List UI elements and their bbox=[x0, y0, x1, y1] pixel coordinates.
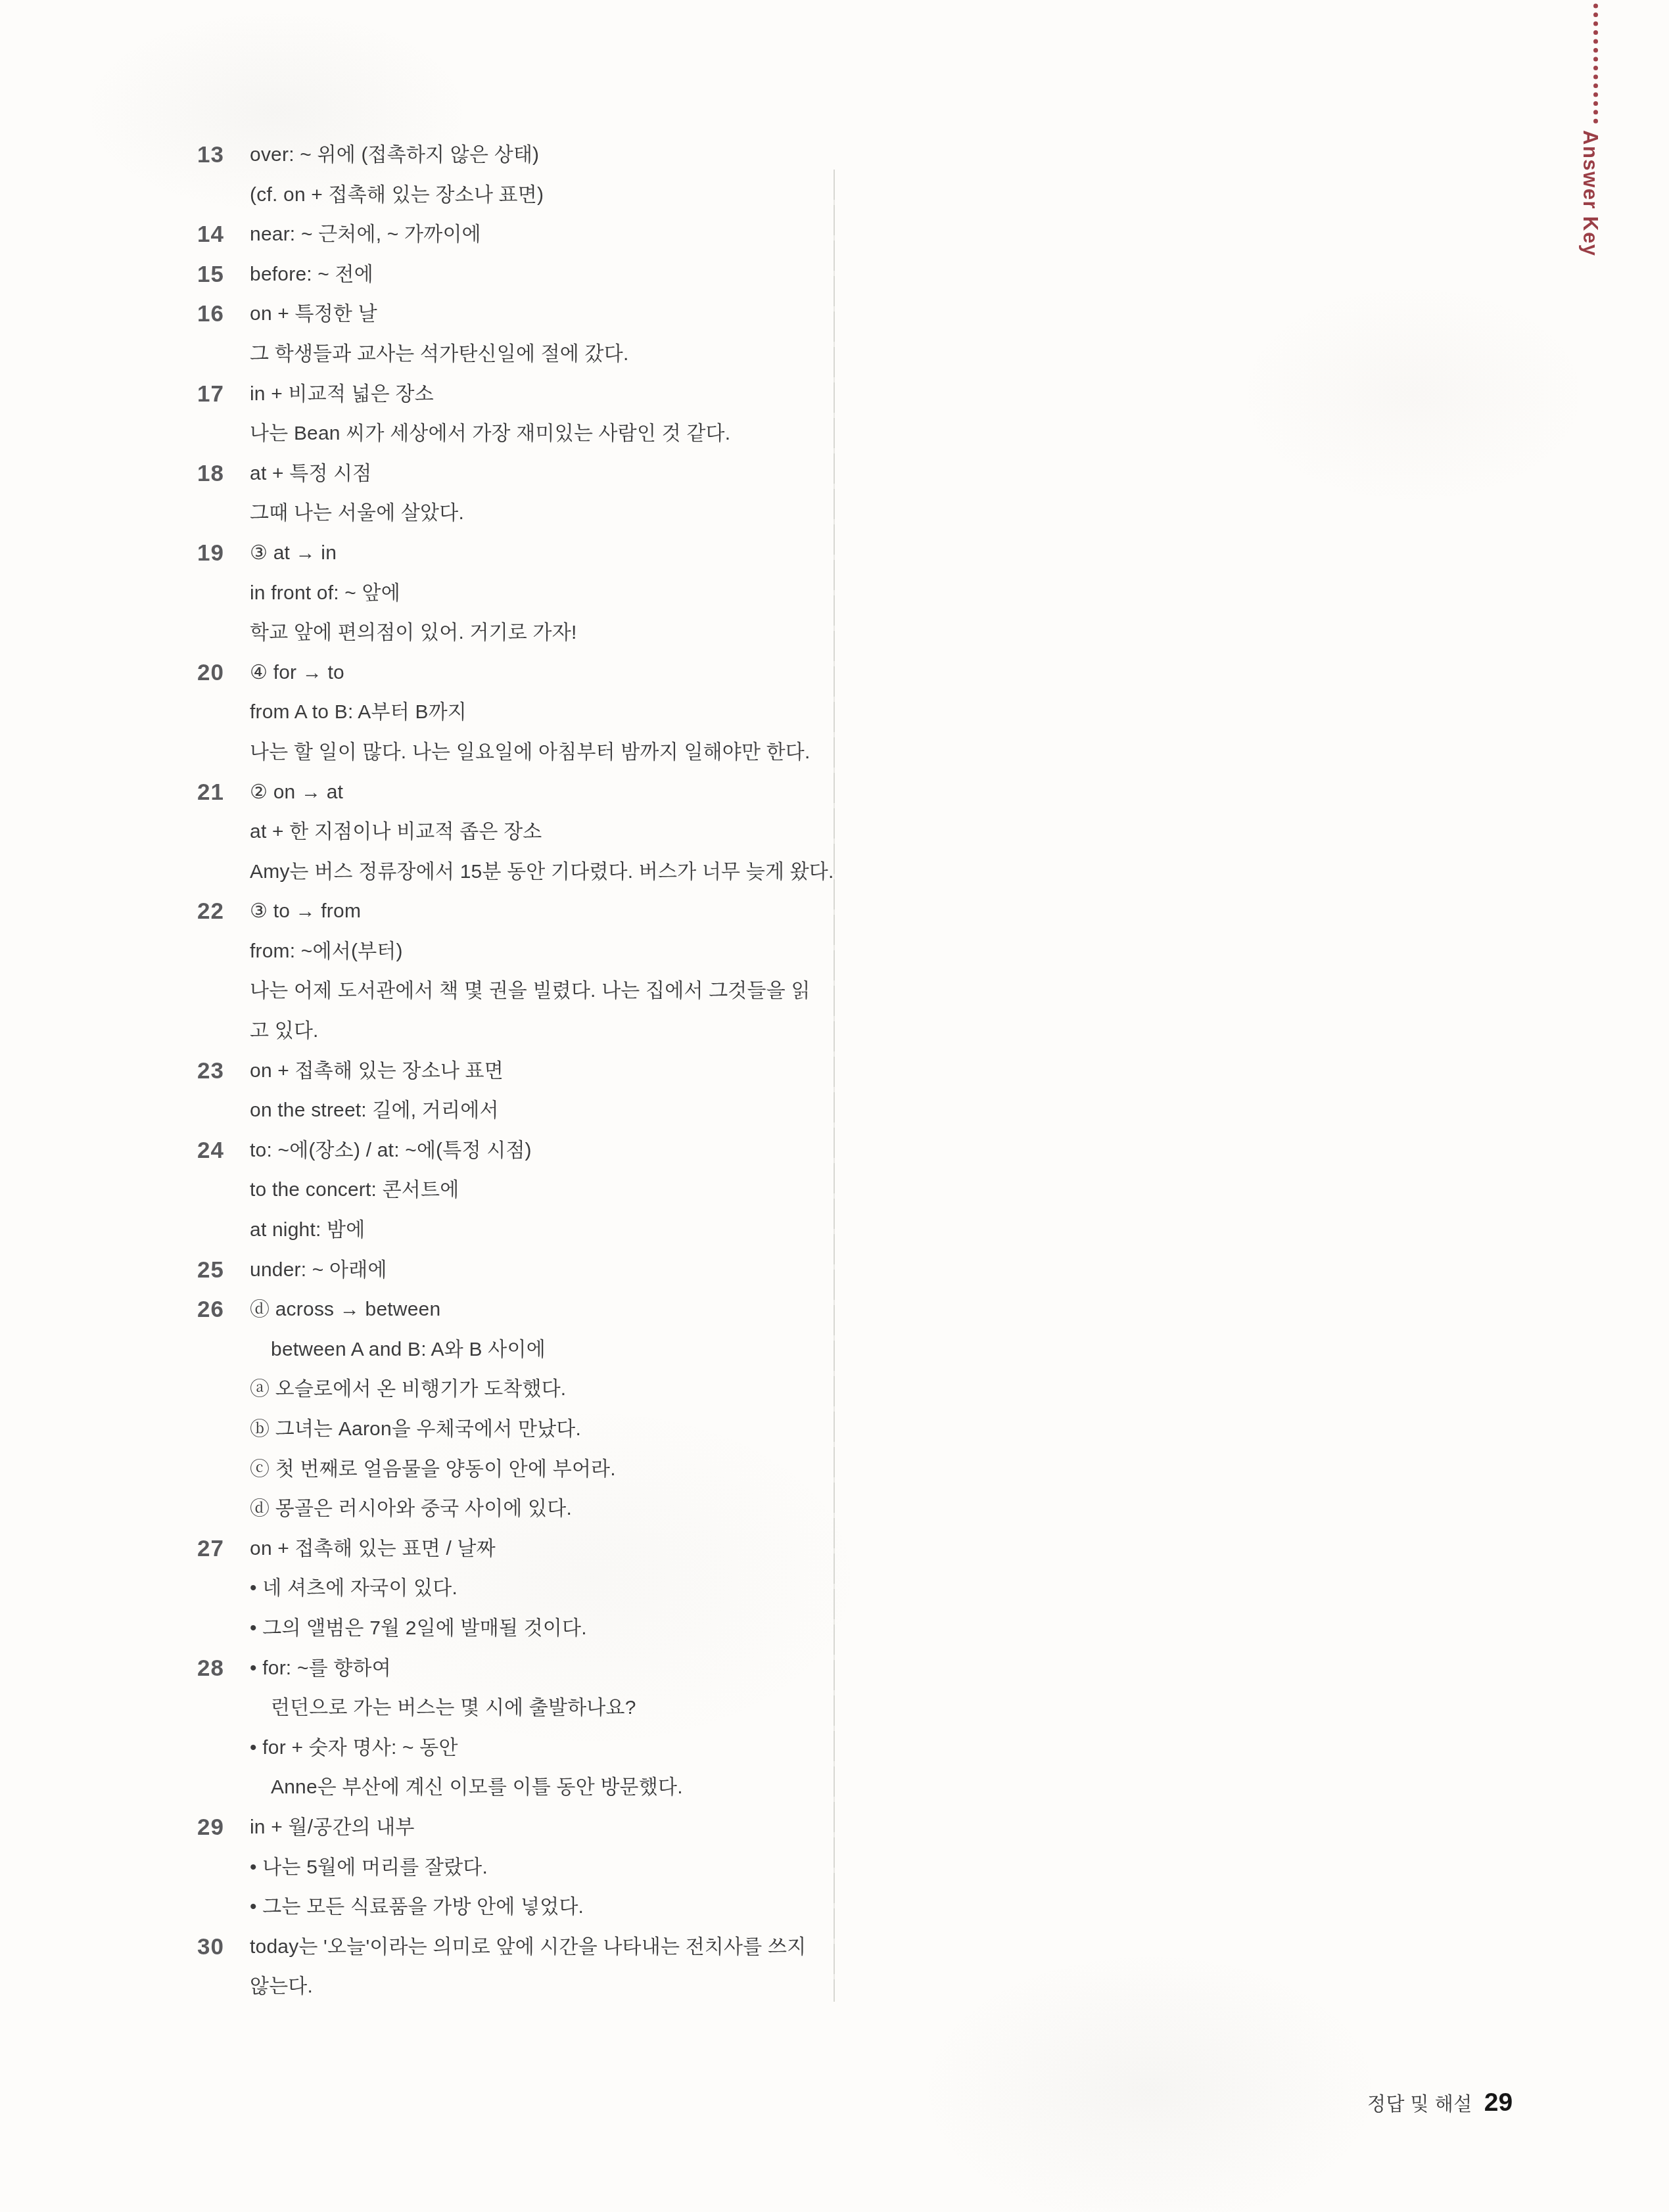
answer-item: 24to: ~에(장소) / at: ~에(특정 시점)to the conce… bbox=[197, 1131, 832, 1251]
answer-line-text: on + 접촉해 있는 장소나 표면 bbox=[250, 1051, 832, 1092]
item-lines: ④ for → tofrom A to B: A부터 B까지나는 할 일이 많다… bbox=[250, 653, 832, 773]
answer-line-text: between A and B: A와 B 사이에 bbox=[250, 1330, 832, 1370]
item-lines: over: ~ 위에 (접촉하지 않은 상태)(cf. on + 접촉해 있는 … bbox=[250, 135, 832, 215]
answer-item: 22③ to → fromfrom: ~에서(부터)나는 어제 도서관에서 책 … bbox=[197, 892, 832, 1051]
answer-line-text: on + 특정한 날 bbox=[250, 294, 832, 334]
item-number: 13 bbox=[197, 135, 250, 175]
answer-line-text: • 그는 모든 식료품을 가방 안에 넣었다. bbox=[250, 1887, 832, 1927]
item-lines: in + 월/공간의 내부• 나는 5월에 머리를 잘랐다.• 그는 모든 식료… bbox=[250, 1808, 832, 1927]
answer-item: 28• for: ~를 향하여런던으로 가는 버스는 몇 시에 출발하나요?• … bbox=[197, 1649, 832, 1808]
item-lines: ③ at → inin front of: ~ 앞에학교 앞에 편의점이 있어.… bbox=[250, 534, 832, 653]
answer-line-text: ⓑ 그녀는 Aaron을 우체국에서 만났다. bbox=[250, 1410, 832, 1450]
answer-line-text: to the concert: 콘서트에 bbox=[250, 1170, 832, 1210]
item-number: 17 bbox=[197, 375, 250, 415]
item-number: 20 bbox=[197, 653, 250, 693]
item-number: 21 bbox=[197, 773, 250, 813]
item-number: 23 bbox=[197, 1051, 250, 1092]
answer-line-text: at + 한 지점이나 비교적 좁은 장소 bbox=[250, 812, 834, 852]
item-lines: under: ~ 아래에 bbox=[250, 1251, 832, 1291]
answer-line-text: 나는 Bean 씨가 세상에서 가장 재미있는 사람인 것 같다. bbox=[250, 414, 832, 454]
item-lines: on + 접촉해 있는 표면 / 날짜• 네 셔츠에 자국이 있다.• 그의 앨… bbox=[250, 1529, 832, 1649]
answer-line-text: to: ~에(장소) / at: ~에(특정 시점) bbox=[250, 1131, 832, 1171]
item-lines: to: ~에(장소) / at: ~에(특정 시점)to the concert… bbox=[250, 1131, 832, 1251]
answer-item: 18at + 특정 시점그때 나는 서울에 살았다. bbox=[197, 454, 832, 534]
answer-line-text: ⓒ 첫 번째로 얼음물을 양동이 안에 부어라. bbox=[250, 1450, 832, 1490]
answer-line-text: over: ~ 위에 (접촉하지 않은 상태) bbox=[250, 135, 832, 175]
item-number: 25 bbox=[197, 1251, 250, 1291]
answer-line-text: 학교 앞에 편의점이 있어. 거기로 가자! bbox=[250, 613, 832, 653]
answer-item: 23on + 접촉해 있는 장소나 표면on the street: 길에, 거… bbox=[197, 1051, 832, 1131]
item-number: 27 bbox=[197, 1529, 250, 1569]
answer-line-text: from A to B: A부터 B까지 bbox=[250, 693, 832, 733]
answer-line-text: 나는 할 일이 많다. 나는 일요일에 아침부터 밤까지 일해야만 한다. bbox=[250, 733, 832, 773]
item-number: 24 bbox=[197, 1131, 250, 1171]
answer-item: 21② on → atat + 한 지점이나 비교적 좁은 장소Amy는 버스 … bbox=[197, 773, 832, 892]
item-number: 22 bbox=[197, 892, 250, 932]
answer-item: 15before: ~ 전에 bbox=[197, 255, 832, 295]
item-lines: on + 특정한 날그 학생들과 교사는 석가탄신일에 절에 갔다. bbox=[250, 294, 832, 374]
footer-section-label: 정답 및 해설 bbox=[1367, 2090, 1472, 2117]
answer-item: 27on + 접촉해 있는 표면 / 날짜• 네 셔츠에 자국이 있다.• 그의… bbox=[197, 1529, 832, 1649]
page-footer: 정답 및 해설 29 bbox=[1367, 2088, 1532, 2117]
item-lines: in + 비교적 넓은 장소나는 Bean 씨가 세상에서 가장 재미있는 사람… bbox=[250, 375, 832, 454]
answer-line-text: before: ~ 전에 bbox=[250, 255, 832, 295]
answer-line-text: ② on → at bbox=[250, 773, 834, 813]
item-lines: on + 접촉해 있는 장소나 표면on the street: 길에, 거리에… bbox=[250, 1051, 832, 1131]
answer-line-text: Amy는 버스 정류장에서 15분 동안 기다렸다. 버스가 너무 늦게 왔다. bbox=[250, 852, 834, 892]
answer-line-text: ③ at → in bbox=[250, 534, 832, 574]
answer-item: 17in + 비교적 넓은 장소나는 Bean 씨가 세상에서 가장 재미있는 … bbox=[197, 375, 832, 454]
item-lines: ⓓ across → betweenbetween A and B: A와 B … bbox=[250, 1290, 832, 1529]
footer-page-number: 29 bbox=[1484, 2088, 1513, 2117]
item-number: 16 bbox=[197, 294, 250, 334]
answer-line-text: from: ~에서(부터) bbox=[250, 932, 832, 972]
item-lines: • for: ~를 향하여런던으로 가는 버스는 몇 시에 출발하나요?• fo… bbox=[250, 1649, 832, 1808]
answer-item: 20④ for → tofrom A to B: A부터 B까지나는 할 일이 … bbox=[197, 653, 832, 773]
answer-line-text: 고 있다. bbox=[250, 1011, 832, 1051]
answer-item: 30today는 '오늘'이라는 의미로 앞에 시간을 나타내는 전치사를 쓰지… bbox=[197, 1927, 832, 2007]
dotted-rule-line bbox=[1593, 0, 1598, 124]
item-lines: today는 '오늘'이라는 의미로 앞에 시간을 나타내는 전치사를 쓰지않는… bbox=[250, 1927, 832, 2007]
item-lines: near: ~ 근처에, ~ 가까이에 bbox=[250, 215, 832, 255]
item-number: 15 bbox=[197, 255, 250, 295]
answer-line-text: on the street: 길에, 거리에서 bbox=[250, 1091, 832, 1131]
answer-item: 14near: ~ 근처에, ~ 가까이에 bbox=[197, 215, 832, 255]
answer-item: 26ⓓ across → betweenbetween A and B: A와 … bbox=[197, 1290, 832, 1529]
answer-line-text: at + 특정 시점 bbox=[250, 454, 832, 494]
answer-item: 19③ at → inin front of: ~ 앞에학교 앞에 편의점이 있… bbox=[197, 534, 832, 653]
answer-line-text: under: ~ 아래에 bbox=[250, 1251, 832, 1291]
answer-line-text: • for + 숫자 명사: ~ 동안 bbox=[250, 1728, 832, 1768]
column-divider-line bbox=[834, 170, 835, 2002]
item-lines: before: ~ 전에 bbox=[250, 255, 832, 295]
item-number: 14 bbox=[197, 215, 250, 255]
item-number: 28 bbox=[197, 1649, 250, 1689]
answer-line-text: on + 접촉해 있는 표면 / 날짜 bbox=[250, 1529, 832, 1569]
item-number: 18 bbox=[197, 454, 250, 494]
item-number: 19 bbox=[197, 534, 250, 574]
answer-line-text: • 네 셔츠에 자국이 있다. bbox=[250, 1569, 832, 1609]
answer-line-text: 그때 나는 서울에 살았다. bbox=[250, 494, 832, 534]
answer-key-vertical-label: Answer Key bbox=[1578, 130, 1602, 327]
answer-line-text: ⓓ 몽골은 러시아와 중국 사이에 있다. bbox=[250, 1489, 832, 1529]
answer-line-text: • 나는 5월에 머리를 잘랐다. bbox=[250, 1848, 832, 1888]
answer-line-text: in front of: ~ 앞에 bbox=[250, 574, 832, 614]
item-lines: ③ to → fromfrom: ~에서(부터)나는 어제 도서관에서 책 몇 … bbox=[250, 892, 832, 1051]
answer-line-text: near: ~ 근처에, ~ 가까이에 bbox=[250, 215, 832, 255]
answer-line-text: ⓐ 오슬로에서 온 비행기가 도착했다. bbox=[250, 1370, 832, 1410]
item-number: 29 bbox=[197, 1808, 250, 1848]
answer-line-text: ③ to → from bbox=[250, 892, 832, 932]
answer-item: 25under: ~ 아래에 bbox=[197, 1251, 832, 1291]
item-number: 30 bbox=[197, 1927, 250, 1968]
answer-line-text: 않는다. bbox=[250, 1967, 832, 2007]
item-lines: ② on → atat + 한 지점이나 비교적 좁은 장소Amy는 버스 정류… bbox=[250, 773, 834, 892]
answer-line-text: today는 '오늘'이라는 의미로 앞에 시간을 나타내는 전치사를 쓰지 bbox=[250, 1927, 832, 1968]
answer-item: 13over: ~ 위에 (접촉하지 않은 상태)(cf. on + 접촉해 있… bbox=[197, 135, 832, 215]
answer-line-text: • for: ~를 향하여 bbox=[250, 1649, 832, 1689]
answer-item: 16on + 특정한 날그 학생들과 교사는 석가탄신일에 절에 갔다. bbox=[197, 294, 832, 374]
answer-line-text: ④ for → to bbox=[250, 653, 832, 693]
answer-line-text: (cf. on + 접촉해 있는 장소나 표면) bbox=[250, 175, 832, 216]
answer-line-text: • 그의 앨범은 7월 2일에 발매될 것이다. bbox=[250, 1609, 832, 1649]
answer-line-text: at night: 밤에 bbox=[250, 1210, 832, 1251]
answer-line-text: in + 비교적 넓은 장소 bbox=[250, 375, 832, 415]
answer-line-text: ⓓ across → between bbox=[250, 1290, 832, 1330]
item-lines: at + 특정 시점그때 나는 서울에 살았다. bbox=[250, 454, 832, 534]
answer-line-text: 런던으로 가는 버스는 몇 시에 출발하나요? bbox=[250, 1688, 832, 1728]
answer-line-text: 그 학생들과 교사는 석가탄신일에 절에 갔다. bbox=[250, 334, 832, 375]
answer-line-text: Anne은 부산에 계신 이모를 이틀 동안 방문했다. bbox=[250, 1768, 832, 1808]
answer-line-text: 나는 어제 도서관에서 책 몇 권을 빌렸다. 나는 집에서 그것들을 읽 bbox=[250, 971, 832, 1011]
answer-item: 29in + 월/공간의 내부• 나는 5월에 머리를 잘랐다.• 그는 모든 … bbox=[197, 1808, 832, 1927]
answer-list: 13over: ~ 위에 (접촉하지 않은 상태)(cf. on + 접촉해 있… bbox=[197, 135, 832, 2007]
answer-line-text: in + 월/공간의 내부 bbox=[250, 1808, 832, 1848]
item-number: 26 bbox=[197, 1290, 250, 1330]
